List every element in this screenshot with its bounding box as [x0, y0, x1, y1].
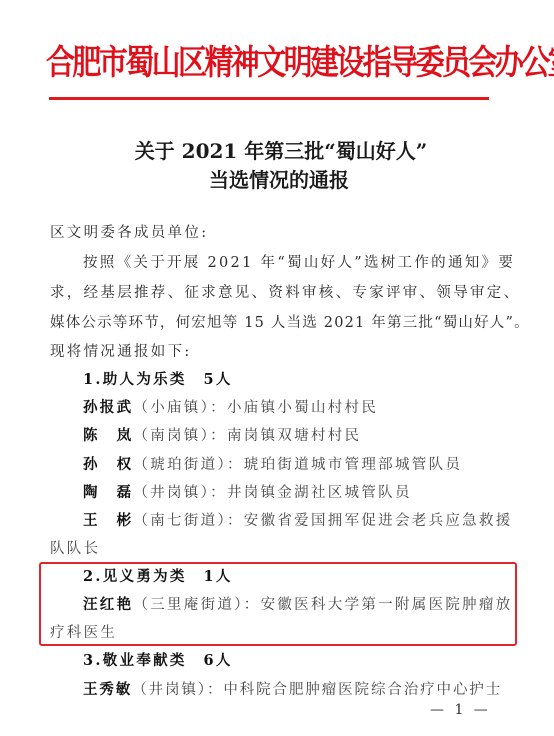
honoree-name: 陈 岚 — [83, 427, 133, 444]
honoree-name: 王 彬 — [83, 512, 133, 529]
salutation: 区文明委各成员单位: — [50, 223, 208, 243]
document-title-line1: 关于 2021 年第三批“蜀山好人” — [4, 135, 554, 164]
honoree-name: 陶 磊 — [83, 484, 133, 501]
category-heading: 2.见义勇为类 1人 — [83, 567, 233, 587]
honoree-area: （南七街道） — [133, 513, 227, 529]
honoree-area: （三里庵街道） — [133, 597, 243, 613]
honoree-entry: 王秀敏（井岗镇）：中科院合肥肿瘤医院综合治疗中心护士 — [83, 680, 502, 700]
header-red-rule — [49, 97, 489, 100]
honoree-desc: ：小庙镇小蜀山村村民 — [210, 400, 378, 416]
document-title-line2: 当选情况的通报 — [2, 164, 554, 193]
honoree-area: （井岗镇） — [132, 682, 207, 698]
honoree-entry: 汪红艳（三里庵街道）：安徽医科大学第一附属医院肿瘤放 — [83, 595, 513, 615]
honoree-entry: 陈 岚（南岗镇）：南岗镇双塘村村民 — [83, 426, 361, 446]
honoree-area: （南岗镇） — [133, 428, 210, 444]
honoree-desc-continued: 疗科医生 — [50, 623, 117, 643]
honoree-name: 王秀敏 — [83, 681, 132, 698]
body-paragraph-line: 求，经基层推荐、征求意见、资料审核、专家评审、领导审定、 — [50, 283, 520, 303]
honoree-entry: 孙 权（琥珀街道）：琥珀街道城市管理部城管队员 — [83, 455, 462, 475]
honoree-name: 孙 权 — [83, 456, 133, 473]
page-number: — 1 — — [430, 702, 491, 718]
honoree-entry: 王 彬（南七街道）：安徽省爱国拥军促进会老兵应急救援 — [83, 511, 513, 531]
body-paragraph-line: 按照《关于开展 2021 年“蜀山好人”选树工作的通知》要 — [83, 253, 515, 273]
honoree-desc: ：井岗镇金湖社区城管队员 — [210, 485, 412, 501]
honoree-area: （井岗镇） — [133, 485, 210, 501]
honoree-desc: ：南岗镇双塘村村民 — [210, 428, 361, 444]
body-paragraph-line: 媒体公示等环节，何宏旭等 15 人当选 2021 年第三批“蜀山好人”。 — [50, 313, 530, 333]
honoree-desc: ：琥珀街道城市管理部城管队员 — [227, 457, 462, 473]
issuing-office-title: 合肥市蜀山区精神文明建设指导委员会办公室 — [46, 36, 496, 84]
honoree-name: 汪红艳 — [83, 596, 133, 613]
honoree-entry: 陶 磊（井岗镇）：井岗镇金湖社区城管队员 — [83, 483, 412, 503]
honoree-desc-continued: 队队长 — [50, 539, 100, 559]
category-heading: 1.助人为乐类 5人 — [83, 370, 233, 390]
honoree-desc: ：安徽医科大学第一附属医院肿瘤放 — [244, 597, 513, 613]
honoree-desc: ：安徽省爱国拥军促进会老兵应急救援 — [227, 513, 513, 529]
honoree-desc: ：中科院合肥肿瘤医院综合治疗中心护士 — [207, 682, 502, 698]
honoree-area: （小庙镇） — [133, 400, 210, 416]
body-paragraph-line: 现将情况通报如下: — [50, 342, 192, 362]
honoree-entry: 孙报武（小庙镇）：小庙镇小蜀山村村民 — [83, 398, 378, 418]
honoree-name: 孙报武 — [83, 399, 133, 416]
category-heading: 3.敬业奉献类 6人 — [83, 651, 233, 671]
honoree-area: （琥珀街道） — [133, 457, 227, 473]
